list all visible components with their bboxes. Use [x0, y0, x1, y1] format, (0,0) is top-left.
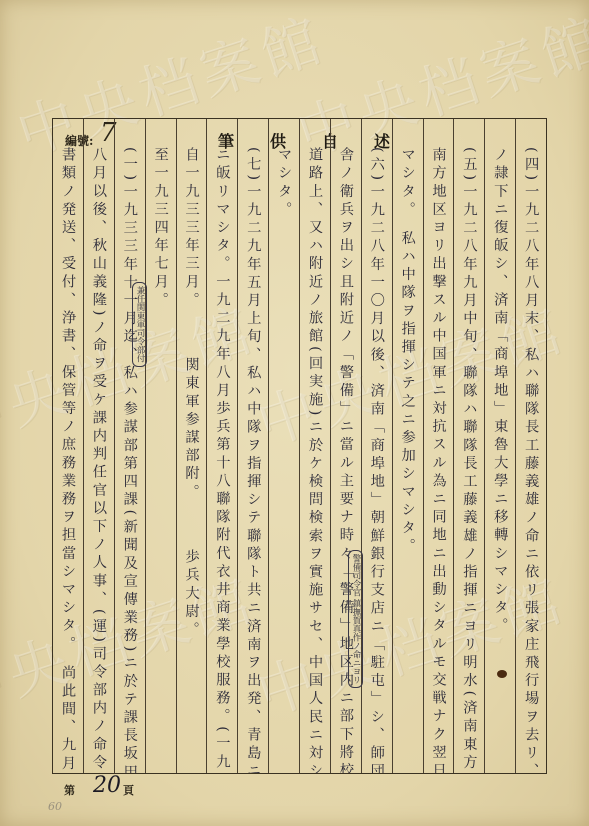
column-text: 自一九三三年三月。 関東軍参謀部附。 歩兵大尉。	[177, 119, 207, 773]
grid-column: 南方地区ヨリ出撃スル中国軍ニ対抗スル為ニ同地ニ出動シタルモ交戦ナク翌日済南ニ皈還…	[423, 119, 454, 773]
grid-column: 書類ノ発送、受付、浄書、保管等ノ庶務業務ヲ担當シマシタ。 尚此間、九月十五日ヨリ…	[53, 119, 83, 773]
grid-column: 道路上、又ハ附近ノ旅館(回実施)ニ於ケ検問検索ヲ實施サセ、中国人民ニ対シ弾圧ヲ加…	[299, 119, 330, 773]
column-text: 書類ノ発送、受付、浄書、保管等ノ庶務業務ヲ担當シマシタ。 尚此間、九月十五日ヨリ…	[53, 119, 83, 773]
column-text: (五)一九二八年九月中旬、聯隊ハ聯隊長工藤義雄ノ指揮ニヨリ明水(済南東方膠済鉄路…	[454, 119, 484, 773]
writing-grid: (四)一九二八年八月末、私ハ聯隊長工藤義雄ノ命ニ依リ張家庄飛行場ヲ去リ、大隊長溝…	[52, 118, 547, 774]
page-suffix: 頁	[123, 782, 134, 798]
column-text: マシタ。	[269, 119, 299, 773]
column-text: 道路上、又ハ附近ノ旅館(回実施)ニ於ケ検問検索ヲ實施サセ、中国人民ニ対シ弾圧ヲ加…	[300, 119, 330, 773]
column-text: 八月以後、秋山義隆)ノ命ヲ受ケ課内判任官以下ノ人事、(運)司令部内ノ命令注意事項…	[84, 119, 114, 773]
grid-column: 八月以後、秋山義隆)ノ命ヲ受ケ課内判任官以下ノ人事、(運)司令部内ノ命令注意事項…	[83, 119, 114, 773]
ink-stain	[497, 670, 507, 678]
grid-column: (五)一九二八年九月中旬、聯隊ハ聯隊長工藤義雄ノ指揮ニヨリ明水(済南東方膠済鉄路…	[453, 119, 484, 773]
grid-column: マシタ。	[268, 119, 299, 773]
grid-column: (七)一九二九年五月上旬、私ハ中隊ヲ指揮シテ聯隊ト共ニ済南ヲ出発、青島ニテ乗船、…	[237, 119, 268, 773]
column-text: (六)一九二八年一〇月以後、済南「商埠地」朝鮮銀行支店ニ「駐屯」シ、師団司令部及…	[362, 119, 392, 773]
column-text: マシタ。 私ハ中隊ヲ指揮シテ之ニ参加シマシタ。	[393, 119, 423, 773]
margin-annotation: 兼任関東軍司令部付	[132, 282, 147, 367]
grid-column: (六)一九二八年一〇月以後、済南「商埠地」朝鮮銀行支店ニ「駐屯」シ、師団司令部及…	[361, 119, 392, 773]
column-text: ニ皈リマシタ。一九二九年八月歩兵第十八聯隊附代衣井商業學校服務。(一九三三年三月…	[207, 119, 237, 773]
grid-column: (四)一九二八年八月末、私ハ聯隊長工藤義雄ノ命ニ依リ張家庄飛行場ヲ去リ、大隊長溝…	[515, 119, 546, 773]
grid-column: ニ皈リマシタ。一九二九年八月歩兵第十八聯隊附代衣井商業學校服務。(一九三三年三月…	[206, 119, 237, 773]
grid-column: (一)一九三三年十一月迄、私ハ参謀部第四課(新聞及宣傳業務)ニ於テ課長坂田義朗(…	[114, 119, 145, 773]
page-prefix: 第	[64, 782, 75, 798]
grid-column: マシタ。 私ハ中隊ヲ指揮シテ之ニ参加シマシタ。	[392, 119, 423, 773]
margin-annotation: 警備司令官 鎮撫賀真作ノ命ニヨリ	[348, 550, 363, 688]
grid-column: 至一九三四年七月。	[145, 119, 176, 773]
column-text: 至一九三四年七月。	[146, 119, 176, 773]
column-text: (一)一九三三年十一月迄、私ハ参謀部第四課(新聞及宣傳業務)ニ於テ課長坂田義朗(…	[115, 119, 145, 773]
column-text: 南方地区ヨリ出撃スル中国軍ニ対抗スル為ニ同地ニ出動シタルモ交戦ナク翌日済南ニ皈還…	[424, 119, 454, 773]
page-number: 20	[93, 773, 121, 798]
column-text: (四)一九二八年八月末、私ハ聯隊長工藤義雄ノ命ニ依リ張家庄飛行場ヲ去リ、大隊長溝…	[516, 119, 546, 773]
pencil-note: 60	[48, 800, 62, 813]
column-text: (七)一九二九年五月上旬、私ハ中隊ヲ指揮シテ聯隊ト共ニ済南ヲ出発、青島ニテ乗船、…	[238, 119, 268, 773]
grid-column: 自一九三三年三月。 関東軍参謀部附。 歩兵大尉。	[176, 119, 207, 773]
